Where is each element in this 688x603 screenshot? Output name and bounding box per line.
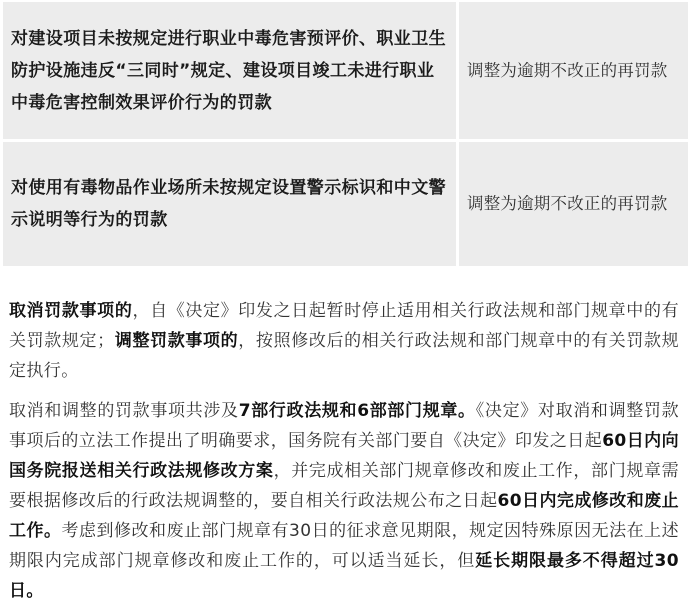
- bold-text-run: 调整罚款事项的: [115, 331, 239, 351]
- document-page: 对建设项目未按规定进行职业中毒危害预评价、职业卫生防护设施违反“三同时”规定、建…: [0, 2, 688, 603]
- table-cell-penalty-item-1: 对建设项目未按规定进行职业中毒危害预评价、职业卫生防护设施违反“三同时”规定、建…: [3, 2, 456, 139]
- paragraph-legislation-requirements: 取消和调整的罚款事项共涉及7部行政法规和6部部门规章。《决定》对取消和调整罚款事…: [9, 396, 679, 603]
- penalty-table: 对建设项目未按规定进行职业中毒危害预评价、职业卫生防护设施违反“三同时”规定、建…: [3, 2, 688, 266]
- table-cell-adjustment-1: 调整为逾期不改正的再罚款: [459, 2, 688, 139]
- bold-text-run: 取消罚款事项的: [9, 301, 132, 321]
- text-run: 取消和调整的罚款事项共涉及: [9, 401, 239, 421]
- table-cell-penalty-item-2: 对使用有毒物品作业场所未按规定设置警示标识和中文警示说明等行为的罚款: [3, 142, 456, 266]
- bold-text-run: 7部行政法规和6部部门规章。: [239, 401, 476, 421]
- table-cell-adjustment-2: 调整为逾期不改正的再罚款: [459, 142, 688, 266]
- article-body: 取消罚款事项的，自《决定》印发之日起暂时停止适用相关行政法规和部门规章中的有关罚…: [0, 296, 688, 603]
- paragraph-cancel-adjust-rule: 取消罚款事项的，自《决定》印发之日起暂时停止适用相关行政法规和部门规章中的有关罚…: [9, 296, 679, 386]
